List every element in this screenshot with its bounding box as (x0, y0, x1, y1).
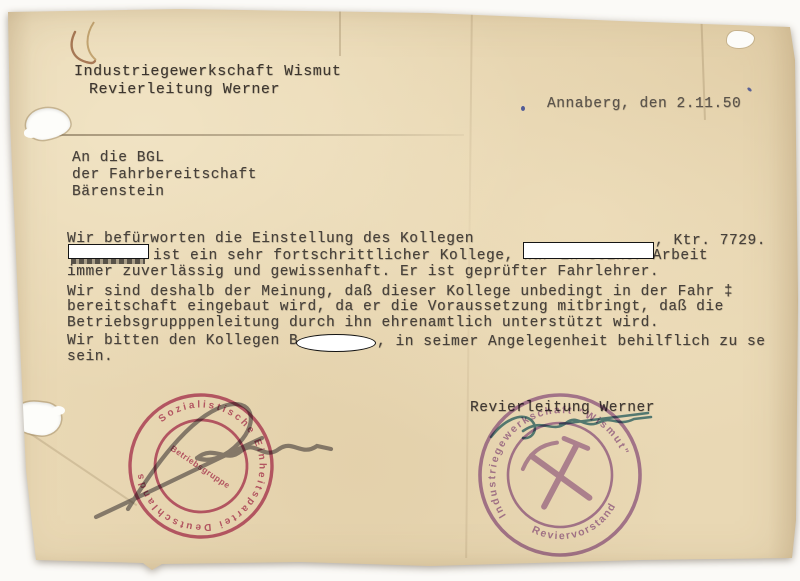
body-line-7: Wir bitten den Kollegen B (67, 333, 298, 349)
recipient-line-2: der Fahrbereitschaft (72, 167, 257, 183)
letterhead-line-1: Industriegewerkschaft Wismut (74, 63, 341, 80)
punch-hole-bottom-fragment (52, 406, 65, 415)
letterhead-line-2: Revierleitung Werner (89, 81, 280, 98)
redaction-box-2 (68, 244, 149, 259)
redaction-box-1 (523, 242, 654, 259)
body-line-7-tail: , in seimer Angelegenheit behilflich zu … (377, 334, 766, 350)
body-line-8: sein. (67, 349, 113, 365)
redaction-oval (296, 334, 376, 352)
recipient-line-1: An die BGL (72, 150, 165, 166)
recipient-line-3: Bärenstein (72, 184, 165, 200)
body-line-1-tail: , Ktr. 7729. (655, 233, 766, 249)
scanned-letter: Industriegewerkschaft Wismut Revierleitu… (0, 0, 800, 581)
body-line-3: immer zuverlässig und gewissenhaft. Er i… (67, 264, 659, 280)
paper-shadow: Industriegewerkschaft Wismut Revierleitu… (0, 0, 800, 581)
body-line-5: bereitschaft eingebaut wird, da er die V… (67, 299, 724, 315)
paper-sheet: Industriegewerkschaft Wismut Revierleitu… (0, 0, 800, 581)
closing-typed-name: Revierleitung Werner (470, 400, 655, 416)
dateline: Annaberg, den 2.11.50 (547, 96, 741, 112)
body-line-6: Betriebsgrupppenleitung durch ihn ehrena… (67, 315, 659, 331)
ink-blot (521, 106, 525, 111)
body-line-4: Wir sind deshalb der Meinung, daß dieser… (67, 284, 733, 300)
